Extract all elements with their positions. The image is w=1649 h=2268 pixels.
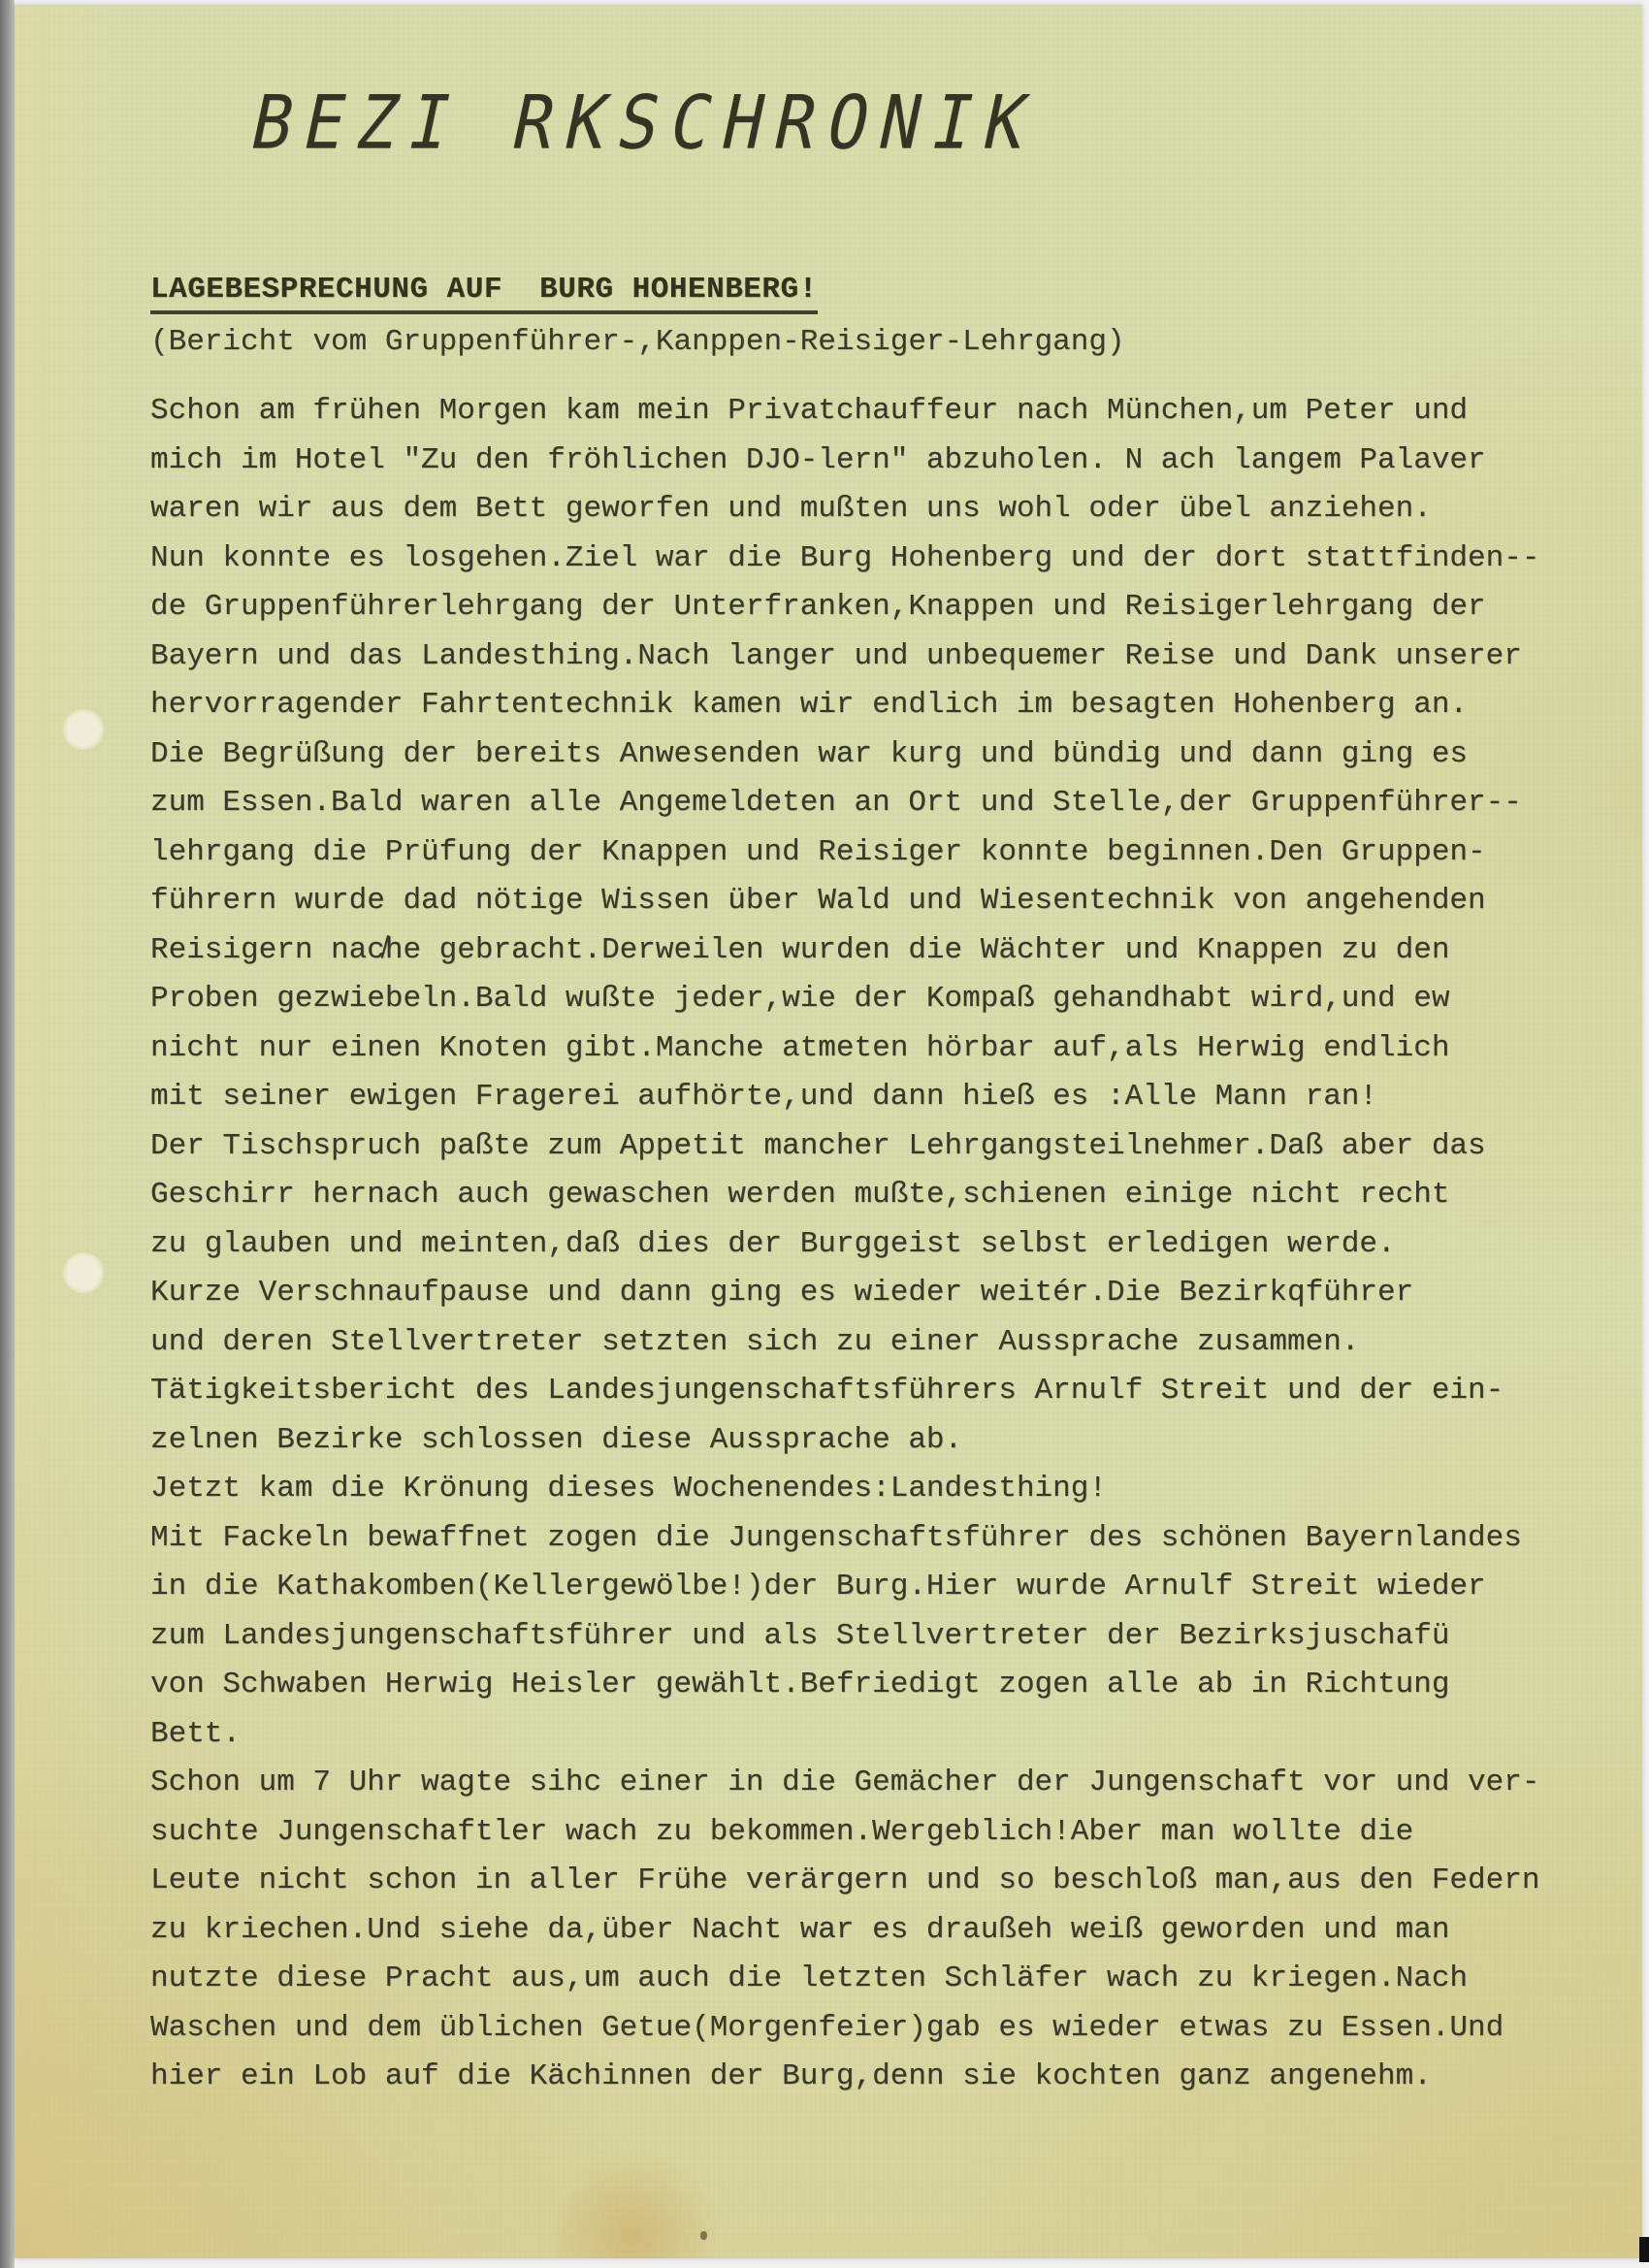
section-subheading: (Bericht vom Gruppenführer-,Kanppen-Reis…: [150, 325, 1125, 359]
text-line: Bett.: [150, 1710, 1586, 1760]
text-line: Der Tischspruch paßte zum Appetit manche…: [150, 1122, 1586, 1172]
text-line: zu glauben und meinten,daß dies der Burg…: [150, 1220, 1586, 1270]
text-line: Jetzt kam die Krönung dieses Wochenendes…: [150, 1465, 1586, 1514]
text-line: hervorragender Fahrtentechnik kamen wir …: [150, 681, 1586, 730]
ink-speck: [700, 2231, 707, 2240]
text-line: Bayern und das Landesthing.Nach langer u…: [150, 632, 1586, 682]
text-line: Mit Fackeln bewaffnet zogen die Jungensc…: [150, 1514, 1586, 1564]
text-line: Schon am frühen Morgen kam mein Privatch…: [150, 387, 1586, 437]
text-line: waren wir aus dem Bett geworfen und mußt…: [150, 485, 1586, 535]
text-line: lehrgang die Prüfung der Knappen und Rei…: [150, 828, 1586, 878]
text-line: Nun konnte es losgehen.Ziel war die Burg…: [150, 535, 1586, 584]
scanner-edge: [0, 0, 15, 2268]
page-title: BEZI RKSCHRONIK: [243, 81, 1047, 166]
section-heading: LAGEBESPRECHUNG AUF BURG HOHENBERG!: [150, 273, 818, 314]
text-line: Die Begrüßung der bereits Anwesenden war…: [150, 730, 1586, 780]
scan-background: BEZI RKSCHRONIK LAGEBESPRECHUNG AUF BURG…: [0, 0, 1649, 2268]
text-line: in die Kathakomben(Kellergewölbe!)der Bu…: [150, 1563, 1586, 1612]
text-line: nutzte diese Pracht aus,um auch die letz…: [150, 1955, 1586, 2004]
punch-hole-bottom: [63, 1252, 104, 1293]
text-line: zum Essen.Bald waren alle Angemeldeten a…: [150, 779, 1586, 828]
body-text: Schon am frühen Morgen kam mein Privatch…: [150, 387, 1586, 2102]
text-line: Tätigkeitsbericht des Landesjungenschaft…: [150, 1367, 1586, 1416]
text-line: mich im Hotel "Zu den fröhlichen DJO-ler…: [150, 437, 1586, 486]
text-line: zelnen Bezirke schlossen diese Aussprach…: [150, 1416, 1586, 1466]
text-line: Waschen und dem üblichen Getue(Morgenfei…: [150, 2004, 1586, 2054]
text-line: zu kriechen.Und siehe da,über Nacht war …: [150, 1906, 1586, 1956]
text-line: Kurze Verschnaufpause und dann ging es w…: [150, 1269, 1586, 1318]
text-line: von Schwaben Herwig Heisler gewählt.Befr…: [150, 1661, 1586, 1710]
scan-artifact-mark: [1639, 2237, 1649, 2262]
text-line: hier ein Lob auf die Kächinnen der Burg,…: [150, 2053, 1586, 2102]
document-page: BEZI RKSCHRONIK LAGEBESPRECHUNG AUF BURG…: [15, 5, 1642, 2258]
text-line: nicht nur einen Knoten gibt.Manche atmet…: [150, 1024, 1586, 1074]
text-line: führern wurde dad nötige Wissen über Wal…: [150, 877, 1586, 926]
text-line: de Gruppenführerlehrgang der Unterfranke…: [150, 583, 1586, 632]
text-line: Proben gezwiebeln.Bald wußte jeder,wie d…: [150, 975, 1586, 1024]
text-line: Geschirr hernach auch gewaschen werden m…: [150, 1171, 1586, 1220]
text-line: und deren Stellvertreter setzten sich zu…: [150, 1318, 1586, 1368]
text-line: zum Landesjungenschaftsführer und als St…: [150, 1612, 1586, 1662]
text-line: Schon um 7 Uhr wagte sihc einer in die G…: [150, 1759, 1586, 1808]
punch-hole-top: [63, 709, 104, 750]
text-line: Reisigern nac̸he gebracht.Derweilen wurd…: [150, 926, 1586, 976]
text-line: mit seiner ewigen Fragerei aufhörte,und …: [150, 1073, 1586, 1122]
text-line: Leute nicht schon in aller Frühe verärge…: [150, 1857, 1586, 1906]
text-line: suchte Jungenschaftler wach zu bekommen.…: [150, 1808, 1586, 1858]
